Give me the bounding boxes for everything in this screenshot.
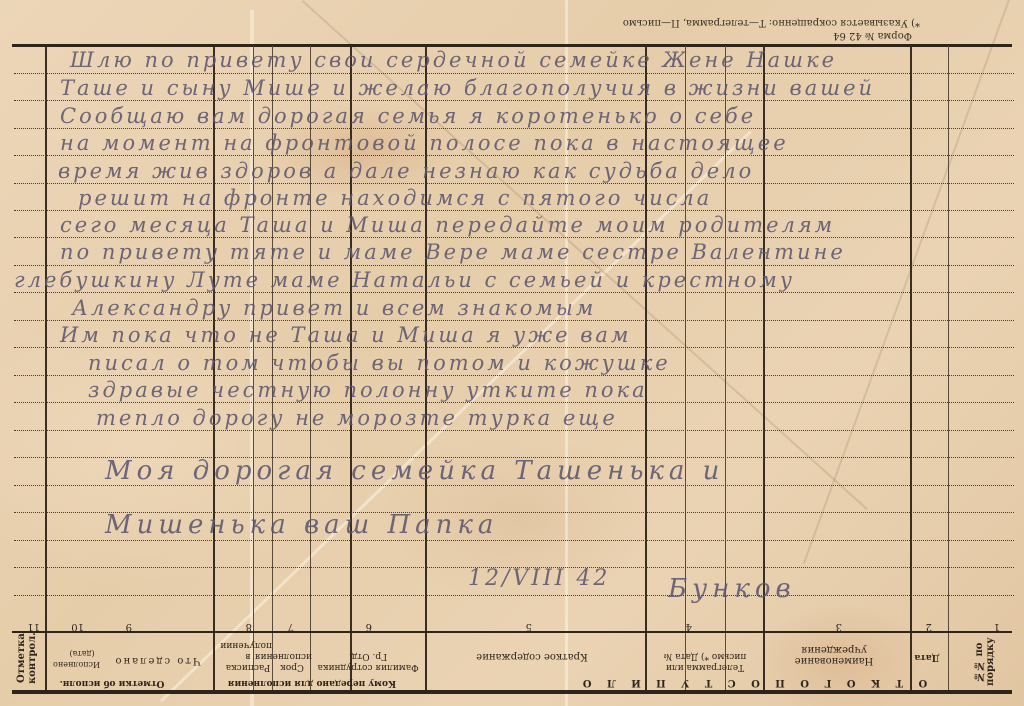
col-10-label: Исполнено (дата)	[64, 648, 100, 670]
ruled-line	[14, 402, 1014, 403]
ruled-line	[14, 540, 1014, 541]
handwritten-line: Шлю по привету свои сердечной семейке Же…	[70, 48, 837, 72]
col-8-label: Расписка в получении	[224, 639, 272, 672]
col-7-label: Срок исполнения	[272, 650, 312, 672]
form-number: Форма № 42 64	[490, 29, 920, 42]
handwritten-line: Моя дорогая семейка Ташенька и	[105, 456, 724, 486]
col-6-number: 6	[366, 621, 372, 632]
col-11-label: Отметка контрол.	[16, 628, 54, 688]
document-sheet: Форма № 42 64 *) Указывается сокращенно:…	[0, 0, 1024, 706]
col-1-number: 1	[994, 621, 1000, 632]
printed-form-header: О Т К О Г О П О С Т У П И Л О Кому перед…	[12, 620, 1012, 692]
ruled-line	[14, 183, 1014, 184]
col-9-number: 9	[126, 621, 132, 632]
handwritten-line: Сообщаю вам дорогая семья я коротенько о…	[60, 104, 756, 128]
col-5-number: 5	[526, 621, 532, 632]
col-7-number: 7	[288, 621, 294, 632]
ruled-line	[14, 155, 1014, 156]
handwritten-line: на момент на фронтовой полосе пока в нас…	[60, 131, 789, 155]
footnote-text: *) Указывается сокращенно: Т—телеграмма,…	[623, 17, 920, 28]
col-3-label: Наименование учреждения	[764, 644, 904, 666]
group-header-from: О Т К О Г О П О С Т У П И Л О	[552, 677, 952, 688]
handwritten-line: решит на фронте находимся с пятого числа	[78, 186, 712, 210]
ruled-line	[14, 430, 1014, 431]
handwritten-line: Мишенька ваш Папка	[105, 510, 498, 540]
col-2-number: 2	[926, 621, 932, 632]
col-11-number: 11	[27, 621, 40, 632]
ruled-line	[14, 347, 1014, 348]
handwritten-line: тепло дорогу не морозте турка еще	[96, 406, 618, 430]
top-rule	[12, 44, 1012, 47]
form-footnote: Форма № 42 64 *) Указывается сокращенно:…	[490, 16, 920, 42]
col-3-number: 3	[836, 621, 842, 632]
col-5-label: Краткое содержание	[432, 651, 632, 662]
handwritten-line: глебушкину Луте маме Натальи с семьей и …	[14, 268, 795, 292]
col-4-number: 4	[686, 621, 692, 632]
handwritten-line: Таше и сыну Мише и желаю благополучия в …	[60, 76, 875, 100]
handwritten-line: Александру привет и всем знакомым	[72, 296, 596, 320]
col-2-label: Дата	[908, 651, 946, 662]
col-1-label: №№ по порядку	[974, 636, 1012, 688]
ruled-line	[14, 265, 1014, 266]
handwritten-line: время жив здоров а дале незнаю как судьб…	[58, 159, 754, 183]
ruled-line	[14, 128, 1014, 129]
letter-date: 12/VIII 42	[468, 566, 610, 591]
ruled-line	[14, 73, 1014, 74]
handwritten-line: сего месяца Таша и Миша передайте моим р…	[60, 213, 835, 237]
ruled-line	[14, 100, 1014, 101]
handwritten-line: Им пока что не Таша и Миша я уже вам	[60, 323, 631, 347]
handwritten-line: по привету тяте и маме Вере маме сестре …	[60, 240, 846, 264]
ruled-line	[14, 595, 1014, 596]
signature: Бунков	[668, 574, 796, 604]
col-6-label: Фамилия сотрудника Гр. Отд.	[312, 650, 424, 672]
ruled-line	[14, 375, 1014, 376]
ruled-line	[14, 237, 1014, 238]
col-8-number: 8	[246, 621, 252, 632]
ruled-line	[14, 320, 1014, 321]
ruled-line	[14, 210, 1014, 211]
handwritten-line: писал о том чтобы вы потом и кожушке	[88, 351, 671, 375]
col-9-label: Что сделано	[102, 655, 212, 666]
col-4-label: Телеграмма или письмо *) Дата №	[650, 650, 760, 672]
handwritten-line: здравые честную полонну утките пока	[88, 378, 648, 402]
group-header-to: Кому передано для исполнения	[212, 677, 412, 688]
ruled-line	[14, 292, 1014, 293]
col-10-number: 10	[71, 621, 84, 632]
